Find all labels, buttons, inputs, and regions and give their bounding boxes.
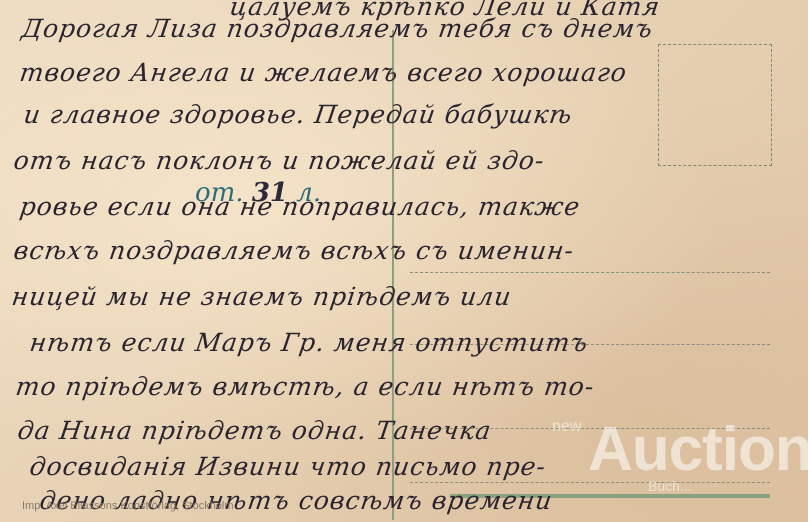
handwritten-line: досвиданія Извини что письмо пре- [28, 452, 548, 481]
watermark-subtext: Buch... [648, 478, 692, 494]
archive-annotation: от. 31 л. [195, 178, 321, 208]
handwritten-line: и главное здоровье. Передай бабушкѣ [22, 100, 575, 129]
annotation-prefix: от. [195, 178, 244, 208]
annotation-suffix: л. [296, 178, 321, 208]
handwritten-line: твоего Ангела и желаемъ всего хорошаго [18, 58, 629, 87]
publisher-imprint: Imp. Axel Eliassons Konstförlag, Stockho… [22, 500, 234, 512]
handwritten-line: всѣхъ поздравляемъ всѣхъ съ именин- [12, 236, 576, 265]
watermark-prefix: new [552, 418, 581, 436]
handwritten-line: да Нина пріѣдетъ одна. Танечка [16, 416, 493, 445]
handwritten-line: отъ насъ поклонъ и пожелай ей здо- [12, 146, 547, 175]
postcard-back: цалуемъ крѣпко Лели и КатяДорогая Лиза п… [0, 0, 808, 522]
annotation-number: 31 [252, 178, 288, 208]
handwritten-line: нѣтъ если Маръ Гр. меня отпуститъ [28, 328, 590, 357]
handwritten-line: ницей мы не знаемъ пріѣдемъ или [10, 282, 514, 311]
handwritten-line: Дорогая Лиза поздравляемъ тебя съ днемъ [20, 14, 655, 43]
watermark-brand: Auction [588, 414, 808, 485]
address-line [410, 272, 770, 273]
handwritten-line: то пріѣдемъ вмѣстѣ, а если нѣтъ то- [14, 372, 597, 401]
stamp-box [658, 44, 772, 166]
